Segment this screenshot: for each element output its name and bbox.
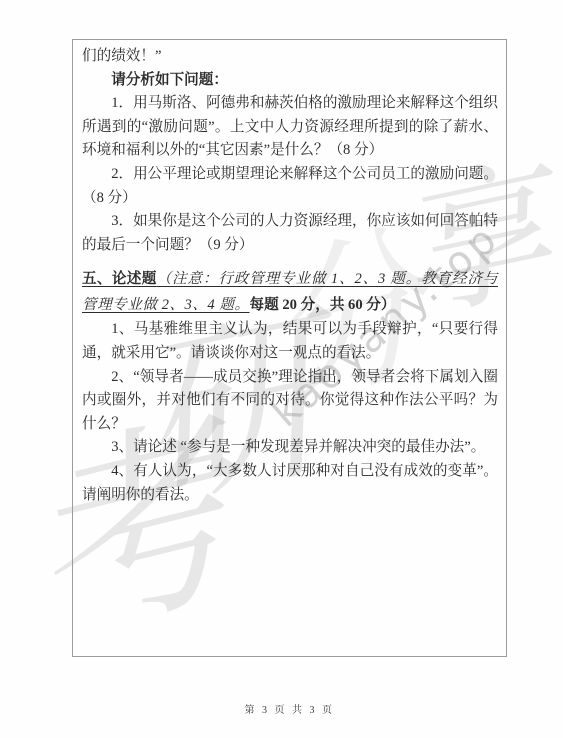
section4-question-1: 1．用马斯洛、阿德弗和赫茨伯格的激励理论来解释这个组织所遇到的“激励问题”。上文… <box>82 92 498 163</box>
section5-item-4: 4、有人认为，“大多数人讨厌那种对自己没有成效的变革”。请阐明你的看法。 <box>82 460 498 507</box>
section5-item-1: 1、马基雅维里主义认为，结果可以为手段辩护，“只要行得通，就采用它”。请谈谈你对… <box>82 318 498 365</box>
continuation-text: 们的绩效！” <box>82 45 498 69</box>
exam-paper-page: 考 研 分 享 kaoyany.top 们的绩效！” 请分析如下问题： 1．用马… <box>0 0 563 738</box>
section5-score: 每题 20 分，共 60 分） <box>250 297 396 313</box>
section4-question-3: 3．如果你是这个公司的人力资源经理，你应该如何回答帕特的最后一个问题？（9 分） <box>82 210 498 257</box>
section5-item-3: 3、请论述 “参与是一种发现差异并解决冲突的最佳办法”。 <box>82 436 498 460</box>
page-number-footer: 第 3 页 共 3 页 <box>72 701 507 716</box>
page-border-box: 们的绩效！” 请分析如下问题： 1．用马斯洛、阿德弗和赫茨伯格的激励理论来解释这… <box>72 39 507 657</box>
section4-question-2: 2．用公平理论或期望理论来解释这个公司员工的激励问题。（8 分） <box>82 163 498 210</box>
section5-item-2: 2、“领导者——成员交换”理论指出，领导者会将下属划入圈内或圈外，并对他们有不同… <box>82 366 498 437</box>
section5-title: 五、论述题 <box>82 271 157 287</box>
analysis-prompt: 请分析如下问题： <box>82 69 498 93</box>
section5-heading: 五、论述题（注意：行政管理专业做 1、2、3 题。教育经济与管理专业做 2、3、… <box>82 266 498 318</box>
